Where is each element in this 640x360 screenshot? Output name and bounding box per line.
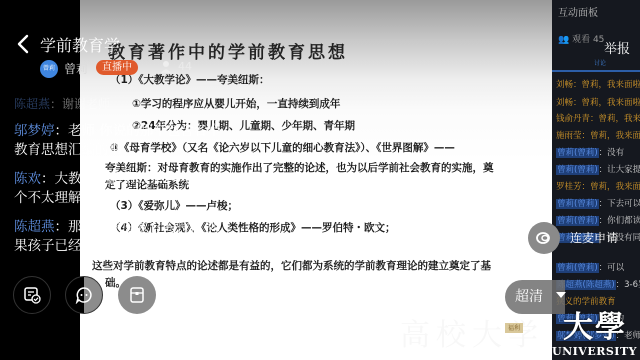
watermark-stamp: 福利 bbox=[505, 323, 523, 333]
people-icon: 👥 bbox=[558, 35, 569, 45]
viewer-icon bbox=[160, 60, 172, 74]
chat-message: 邬梦婷：老师 你说的那个包含各个教育思想汇编的书 bbox=[14, 122, 224, 160]
panel-message: 施雨莹：曾莉，我来面 bbox=[556, 130, 640, 142]
panel-message: 曾莉(曾莉)：没有 bbox=[556, 147, 624, 159]
panel-viewers: 👥 观看 45 bbox=[558, 32, 604, 45]
panel-title: 互动面板 bbox=[558, 4, 598, 19]
panel-message: 刘畅：曾莉，我来面啦 bbox=[556, 79, 640, 91]
link-request-label[interactable]: 连麦申请 bbox=[552, 226, 640, 250]
panel-message: 刘畅：曾莉，我来面啦 bbox=[556, 97, 640, 109]
quiz-icon bbox=[23, 286, 41, 304]
panel-viewer-count: 观看 45 bbox=[572, 35, 604, 45]
quality-label: 超清 bbox=[515, 289, 543, 305]
watermark-university: UNIVERSITY bbox=[552, 345, 637, 358]
slide-line: 这些对学前教育特点的论述都是有益的，它们都为系统的学前教育理论的建立奠定了基 bbox=[92, 258, 491, 273]
bag-icon bbox=[129, 286, 145, 304]
panel-divider bbox=[552, 70, 640, 72]
chat-sender: 陈超燕 bbox=[14, 219, 55, 235]
course-title: 学前教育学 bbox=[40, 33, 120, 56]
chat-sender: 陈超燕 bbox=[14, 97, 50, 111]
panel-message: 曾莉(曾莉)：可以 bbox=[556, 262, 624, 274]
comment-icon bbox=[75, 286, 93, 304]
watermark-logo: 大學 bbox=[563, 302, 627, 346]
panel-message: 钱俞丹青：曾莉，我来 bbox=[556, 113, 640, 125]
teacher-name: 曾莉 bbox=[64, 60, 88, 77]
back-icon[interactable] bbox=[16, 34, 30, 54]
panel-message: 罗桂芳：曾莉，我来面 bbox=[556, 181, 640, 193]
chat-message: 陈超燕：谢谢老师 bbox=[14, 95, 224, 114]
viewer-count: 44 bbox=[178, 60, 192, 73]
quiz-button[interactable] bbox=[13, 276, 51, 314]
chat-text: ：谢谢老师 bbox=[50, 97, 110, 111]
report-button[interactable]: 举报 bbox=[604, 38, 630, 57]
chat-message: 陈超燕：那学前家庭教育的特征 如果孩子已经过了0-6… bbox=[14, 218, 224, 256]
avatar[interactable]: 曾莉 bbox=[40, 60, 58, 78]
tab-discussion[interactable]: 讨论 bbox=[594, 58, 606, 67]
slide-title: 教育著作中的学前教育思想 bbox=[108, 38, 348, 63]
panel-message: 曾莉(曾莉)：让大家提问 bbox=[556, 164, 640, 176]
chat-sender: 邬梦婷 bbox=[14, 123, 55, 139]
link-mic-icon bbox=[535, 229, 553, 247]
chat-message: 陈欢：大教学论的第三条24年分那个不太理解？ bbox=[14, 170, 224, 208]
chat-sender: 陈欢 bbox=[14, 171, 41, 187]
slide-line: （1）《大教学论》——夸美纽斯： bbox=[110, 72, 270, 87]
panel-message: 陈超燕(陈超燕)：3-6岁 bbox=[556, 279, 640, 291]
panel-message: 曾莉(曾莉)：下去可以看 bbox=[556, 198, 640, 210]
chat-text: ：大教学论的第三条24年分那个不太理解？ bbox=[14, 171, 220, 206]
dropdown-arrow-icon bbox=[556, 292, 566, 298]
comment-button[interactable] bbox=[65, 276, 103, 314]
live-status-badge: 直播中 bbox=[96, 60, 138, 75]
bag-button[interactable] bbox=[118, 276, 156, 314]
